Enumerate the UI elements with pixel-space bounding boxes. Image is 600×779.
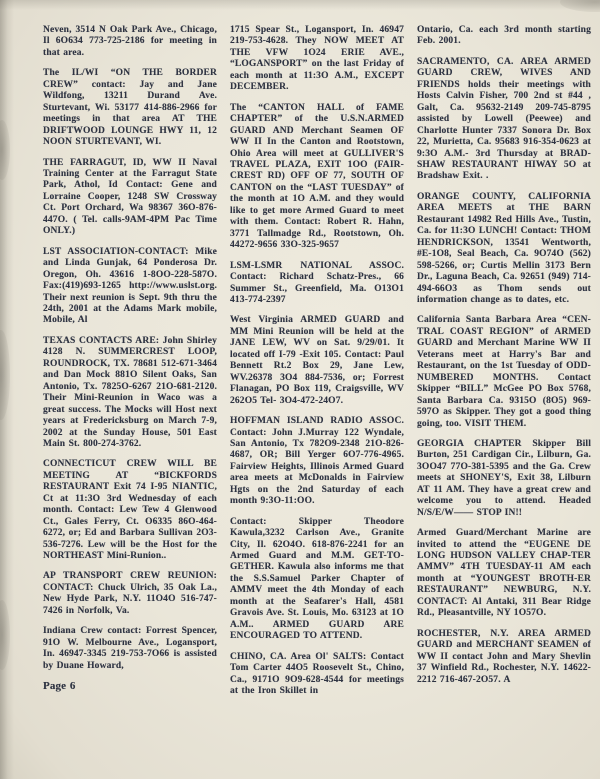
scan-artifact [0, 330, 10, 420]
page-number: Page 6 [43, 681, 217, 692]
paragraph-hudson-valley-chapter: Armed Guard/Merchant Marine are invited … [417, 528, 591, 620]
paragraph-canton-hall-of-fame: The “CANTON HALL of FAME CHAPTER” of the… [230, 103, 404, 252]
scan-edge-shadow-top [0, 0, 600, 10]
paragraph-orange-county: ORANGE COUNTY, CALIFORNIA AREA MEETS at … [417, 192, 591, 307]
paragraph-texas-contacts: TEXAS CONTACTS ARE: John Shirley 4128 N.… [43, 336, 217, 451]
paragraph-chino-ol-salts: CHINO, CA. Area Ol' SALTS: Contact Tom C… [230, 652, 404, 698]
paragraph-neven-contact: Neven, 3514 N Oak Park Ave., Chicago, Il… [43, 25, 217, 59]
paragraph-georgia-chapter: GEORGIA CHAPTER Skipper Bill Burton, 251… [417, 439, 591, 519]
paragraph-il-wi-border-crew: The IL/WI “ON THE BORDER CREW” contact: … [43, 68, 217, 148]
scan-artifact [560, 0, 600, 12]
paragraph-ontario-continuation: Ontario, Ca. each 3rd month starting Feb… [417, 25, 591, 48]
paragraph-ap-transport-crew: AP TRANSPORT CREW REUNION: CONTACT: Chuc… [43, 571, 217, 617]
paragraph-farragut-id: THE FARRAGUT, ID, WW II Naval Training C… [43, 158, 217, 238]
scan-edge-shadow-left [0, 0, 14, 779]
paragraph-indiana-crew: Indiana Crew contact: Forrest Spencer, 9… [43, 626, 217, 672]
scan-artifact [0, 600, 10, 670]
text-column-1: Neven, 3514 N Oak Park Ave., Chicago, Il… [43, 25, 217, 706]
scan-artifact [0, 120, 10, 180]
paragraph-west-virginia-reunion: West Virginia ARMED GUARD and MM Mini Re… [230, 315, 404, 407]
paragraph-santa-barbara-central-coast: California Santa Barbara Area “CEN-TRAL … [417, 315, 591, 430]
paragraph-hoffman-island-radio: HOFFMAN ISLAND RADIO ASSOC. Contact: Joh… [230, 416, 404, 508]
paragraph-kawula-get-together: Contact: Skipper Theodore Kawula,3232 Ca… [230, 517, 404, 643]
paragraph-connecticut-crew: CONNECTICUT CREW WILL BE MEETING AT “BIC… [43, 459, 217, 562]
text-column-2: 1715 Spear St., Logansport, In. 46947 21… [230, 25, 404, 706]
three-column-layout: Neven, 3514 N Oak Park Ave., Chicago, Il… [43, 25, 589, 706]
paragraph-lsm-lsmr-assoc: LSM-LSMR NATIONAL ASSOC. Contact: Richar… [230, 261, 404, 307]
paragraph-lst-association: LST ASSOCIATION-CONTACT: Mike and Linda … [43, 247, 217, 327]
paragraph-sacramento-area: SACRAMENTO, CA. AREA ARMED GUARD CREW, W… [417, 57, 591, 183]
text-column-3: Ontario, Ca. each 3rd month starting Feb… [417, 25, 591, 706]
paragraph-logansport-vfw: 1715 Spear St., Logansport, In. 46947 21… [230, 25, 404, 94]
scanned-newsletter-page: Neven, 3514 N Oak Park Ave., Chicago, Il… [0, 0, 600, 779]
paragraph-rochester-area: ROCHESTER, N.Y. AREA ARMED GUARD and MER… [417, 629, 591, 686]
